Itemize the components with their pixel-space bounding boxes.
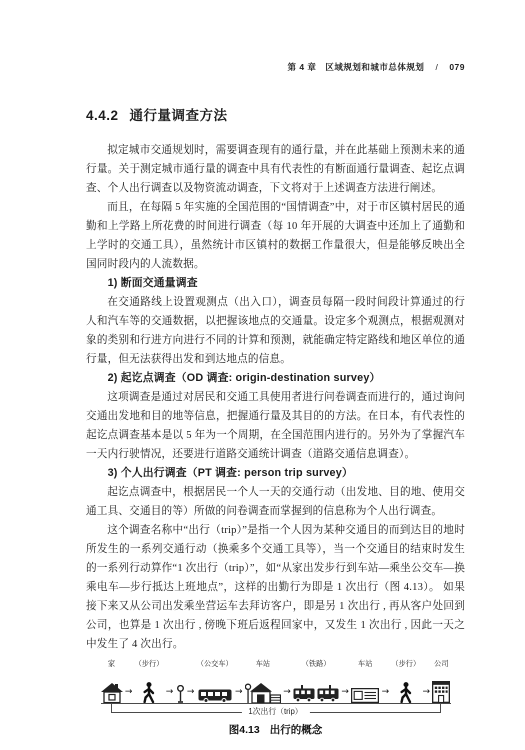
arrow-icon: → — [283, 688, 291, 697]
fig-label: 车站 — [256, 659, 270, 668]
fig-item-station-exit: 车站 — [351, 659, 379, 703]
paragraph: 这项调查是通过对居民和交通工具使用者进行问卷调查而进行的，通过询问交通出发地和目… — [86, 388, 465, 464]
fig-label: （步行） — [391, 659, 420, 668]
book-page: 第 4 章区域规划和城市总体规划/079 4.4.2通行量调查方法 拟定城市交通… — [0, 0, 525, 750]
fig-label: 家 — [108, 659, 115, 668]
fig-item-station-entrance: 车站 — [245, 659, 281, 703]
figure-caption: 图4.13出行的概念 — [101, 722, 451, 737]
walker-icon — [142, 682, 156, 703]
paragraph: 拟定城市交通规划时，需要调查现有的通行量，并在此基础上预测未来的通行量。关于测定… — [86, 141, 465, 198]
section-number: 4.4.2 — [86, 108, 119, 123]
fig-item-bus-stop — [176, 659, 185, 703]
fig-label: （公交车） — [197, 659, 233, 668]
fig-item-walk: （步行） — [135, 659, 164, 703]
trip-sequence: 家 → （步行） — [101, 657, 451, 704]
fig-item-railway: （铁路） — [293, 659, 339, 703]
fig-label: 公司 — [434, 659, 448, 668]
arrow-icon: → — [382, 688, 390, 697]
platform-icon — [351, 688, 379, 703]
subheading-od-survey: 2) 起讫点调查（OD 调查: origin-destination surve… — [86, 369, 465, 388]
bus-stop-icon — [176, 685, 185, 703]
arrow-icon: → — [125, 688, 133, 697]
arrow-icon: → — [423, 688, 431, 697]
walker-icon — [399, 682, 413, 703]
house-icon — [101, 683, 123, 703]
station-house-icon — [245, 683, 281, 703]
section-title: 通行量调查方法 — [130, 108, 228, 123]
figure-4-13: 家 → （步行） — [101, 657, 451, 737]
page-number: 079 — [449, 62, 465, 72]
page-content: 4.4.2通行量调查方法 拟定城市交通规划时，需要调查现有的通行量，并在此基础上… — [86, 104, 465, 737]
bus-icon — [198, 687, 232, 703]
running-header: 第 4 章区域规划和城市总体规划/079 — [86, 61, 465, 73]
paragraph: 在交通路线上设置观测点（出入口），调查员每隔一段时间段计算通过的行人和汽车等的交… — [86, 293, 465, 369]
paragraph: 而且，在每隔 5 年实施的全国范围的“国情调查”中，对于市区镇村居民的通勤和上学… — [86, 198, 465, 274]
fig-label: （铁路） — [302, 659, 331, 668]
fig-label: 车站 — [358, 659, 372, 668]
book-title: 区域规划和城市总体规划 — [325, 62, 424, 72]
figure-number: 图4.13 — [229, 724, 260, 736]
figure-title: 出行的概念 — [270, 724, 323, 736]
arrow-icon: → — [341, 688, 349, 697]
paragraph: 这个调查名称中“出行（trip）”是指一个人因为某种交通目的而到达目的地时所发生… — [86, 521, 465, 654]
subheading-cross-section: 1) 断面交通量调查 — [86, 274, 465, 293]
paragraph: 起讫点调查中，根据居民一个人一天的交通行动（出发地、目的地、使用交通工具、交通目… — [86, 483, 465, 521]
arrow-icon: → — [166, 688, 174, 697]
fig-item-office: 公司 — [432, 659, 450, 703]
chapter-label: 第 4 章 — [287, 62, 316, 72]
subheading-pt-survey: 3) 个人出行调查（PT 调查: person trip survey） — [86, 464, 465, 483]
arrow-icon: → — [235, 688, 243, 697]
fig-item-home: 家 — [101, 659, 123, 703]
train-icon — [293, 684, 339, 703]
arrow-icon: → — [187, 688, 195, 697]
section-heading: 4.4.2通行量调查方法 — [86, 104, 465, 124]
trip-extent-bracket: 1次出行（trip） — [111, 704, 441, 717]
trip-span-label: 1次出行（trip） — [241, 707, 309, 717]
header-separator: / — [435, 62, 438, 72]
fig-item-bus: （公交车） — [197, 659, 233, 703]
office-icon — [432, 681, 450, 703]
fig-item-walk-2: （步行） — [391, 659, 420, 703]
fig-label: （步行） — [135, 659, 164, 668]
